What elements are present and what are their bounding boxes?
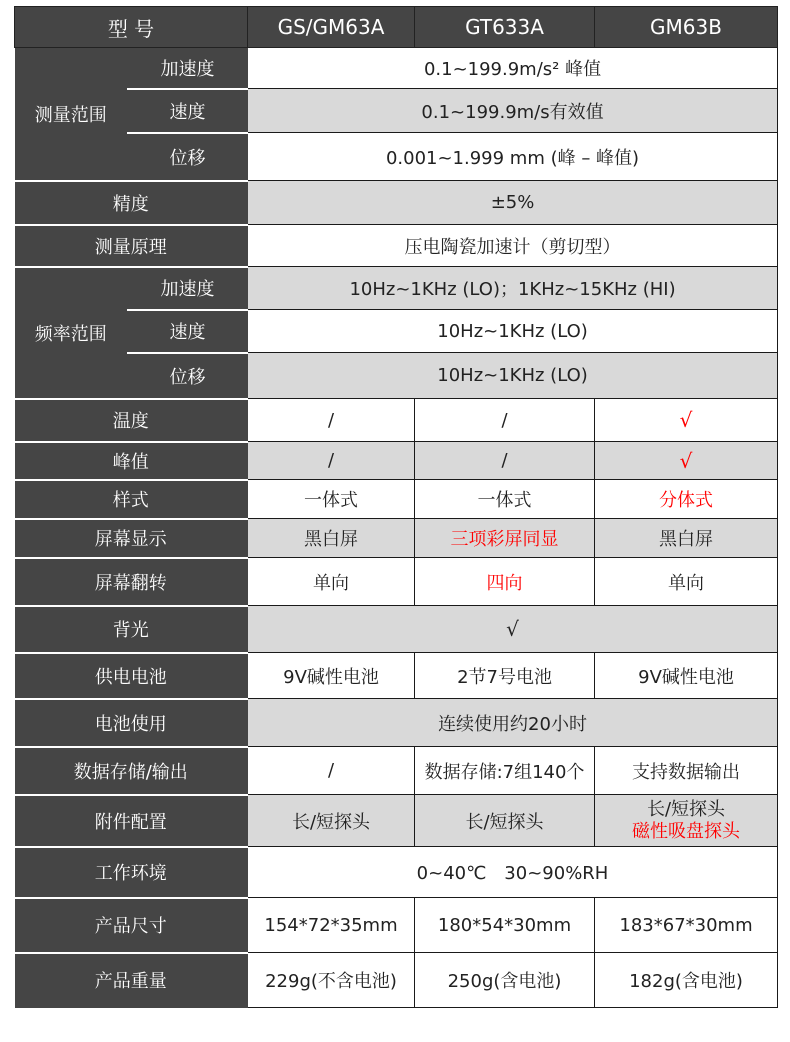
size-label: 产品尺寸	[15, 898, 248, 953]
display-gm63b: 黑白屏	[595, 519, 778, 558]
rotation-gsgm63a: 单向	[248, 558, 415, 606]
weight-gm63b: 182g(含电池)	[595, 953, 778, 1008]
accessories-gt633a: 长/短探头	[415, 795, 595, 847]
battery-gt633a: 2节7号电池	[415, 653, 595, 699]
temperature-gt633a: /	[415, 399, 595, 442]
principle-value: 压电陶瓷加速计（剪切型）	[248, 225, 778, 267]
weight-gsgm63a: 229g(不含电池)	[248, 953, 415, 1008]
model-header-gsgm63a: GS/GM63A	[248, 7, 415, 48]
table-row: 背光 √	[15, 606, 778, 653]
freq-range-accel-value: 10Hz~1KHz (LO)；1KHz~15KHz (HI)	[248, 267, 778, 310]
table-row: 供电电池 9V碱性电池 2节7号电池 9V碱性电池	[15, 653, 778, 699]
table-row: 测量原理 压电陶瓷加速计（剪切型）	[15, 225, 778, 267]
freq-range-velocity-value: 10Hz~1KHz (LO)	[248, 310, 778, 353]
model-header-label: 型 号	[15, 7, 248, 48]
table-row: 屏幕翻转 单向 四向 单向	[15, 558, 778, 606]
measure-range-accel-label: 加速度	[128, 48, 248, 89]
environment-value: 0~40℃ 30~90%RH	[248, 847, 778, 898]
weight-label: 产品重量	[15, 953, 248, 1008]
style-label: 样式	[15, 480, 248, 519]
table-row: 测量范围 加速度 0.1~199.9m/s² 峰值	[15, 48, 778, 89]
rotation-label: 屏幕翻转	[15, 558, 248, 606]
accessories-gm63b-probe: 长/短探头	[595, 799, 777, 821]
table-row: 工作环境 0~40℃ 30~90%RH	[15, 847, 778, 898]
accessories-gm63b-magnetic-probe: 磁性吸盘探头	[595, 821, 777, 843]
table-row: 速度 0.1~199.9m/s有效值	[15, 89, 778, 133]
style-gt633a: 一体式	[415, 480, 595, 519]
table-row: 样式 一体式 一体式 分体式	[15, 480, 778, 519]
peak-gsgm63a: /	[248, 442, 415, 480]
temperature-gm63b-check-icon: √	[595, 399, 778, 442]
freq-range-displacement-label: 位移	[128, 353, 248, 399]
data-storage-gm63b: 支持数据输出	[595, 747, 778, 795]
table-row: 数据存储/输出 / 数据存储:7组140个 支持数据输出	[15, 747, 778, 795]
display-gsgm63a: 黑白屏	[248, 519, 415, 558]
table-row: 频率范围 加速度 10Hz~1KHz (LO)；1KHz~15KHz (HI)	[15, 267, 778, 310]
principle-label: 测量原理	[15, 225, 248, 267]
accessories-gm63b: 长/短探头 磁性吸盘探头	[595, 795, 778, 847]
battery-life-label: 电池使用	[15, 699, 248, 747]
peak-gm63b-check-icon: √	[595, 442, 778, 480]
table-row: 附件配置 长/短探头 长/短探头 长/短探头 磁性吸盘探头	[15, 795, 778, 847]
table-row: 位移 10Hz~1KHz (LO)	[15, 353, 778, 399]
spec-comparison-table: 型 号 GS/GM63A GT633A GM63B 测量范围 加速度 0.1~1…	[14, 6, 778, 1008]
environment-label: 工作环境	[15, 847, 248, 898]
model-header-gm63b: GM63B	[595, 7, 778, 48]
table-row: 速度 10Hz~1KHz (LO)	[15, 310, 778, 353]
style-gm63b: 分体式	[595, 480, 778, 519]
display-label: 屏幕显示	[15, 519, 248, 558]
data-storage-label: 数据存储/输出	[15, 747, 248, 795]
table-row: 电池使用 连续使用约20小时	[15, 699, 778, 747]
table-row: 温度 / / √	[15, 399, 778, 442]
table-row: 屏幕显示 黑白屏 三项彩屏同显 黑白屏	[15, 519, 778, 558]
table-row: 精度 ±5%	[15, 181, 778, 225]
measure-range-label: 测量范围	[15, 48, 128, 181]
accessories-gsgm63a: 长/短探头	[248, 795, 415, 847]
rotation-gm63b: 单向	[595, 558, 778, 606]
data-storage-gsgm63a: /	[248, 747, 415, 795]
style-gsgm63a: 一体式	[248, 480, 415, 519]
accuracy-label: 精度	[15, 181, 248, 225]
size-gm63b: 183*67*30mm	[595, 898, 778, 953]
measure-range-velocity-value: 0.1~199.9m/s有效值	[248, 89, 778, 133]
freq-range-velocity-label: 速度	[128, 310, 248, 353]
battery-life-value: 连续使用约20小时	[248, 699, 778, 747]
header-row: 型 号 GS/GM63A GT633A GM63B	[15, 7, 778, 48]
measure-range-velocity-label: 速度	[128, 89, 248, 133]
measure-range-accel-value: 0.1~199.9m/s² 峰值	[248, 48, 778, 89]
freq-range-displacement-value: 10Hz~1KHz (LO)	[248, 353, 778, 399]
backlight-check-icon: √	[248, 606, 778, 653]
model-header-gt633a: GT633A	[415, 7, 595, 48]
table-row: 产品尺寸 154*72*35mm 180*54*30mm 183*67*30mm	[15, 898, 778, 953]
peak-gt633a: /	[415, 442, 595, 480]
battery-label: 供电电池	[15, 653, 248, 699]
accuracy-value: ±5%	[248, 181, 778, 225]
table-row: 峰值 / / √	[15, 442, 778, 480]
temperature-label: 温度	[15, 399, 248, 442]
battery-gsgm63a: 9V碱性电池	[248, 653, 415, 699]
peak-label: 峰值	[15, 442, 248, 480]
temperature-gsgm63a: /	[248, 399, 415, 442]
table-row: 产品重量 229g(不含电池) 250g(含电池) 182g(含电池)	[15, 953, 778, 1008]
rotation-gt633a: 四向	[415, 558, 595, 606]
freq-range-label: 频率范围	[15, 267, 128, 399]
weight-gt633a: 250g(含电池)	[415, 953, 595, 1008]
freq-range-accel-label: 加速度	[128, 267, 248, 310]
size-gsgm63a: 154*72*35mm	[248, 898, 415, 953]
backlight-label: 背光	[15, 606, 248, 653]
measure-range-displacement-value: 0.001~1.999 mm (峰 – 峰值)	[248, 133, 778, 181]
display-gt633a: 三项彩屏同显	[415, 519, 595, 558]
data-storage-gt633a: 数据存储:7组140个	[415, 747, 595, 795]
battery-gm63b: 9V碱性电池	[595, 653, 778, 699]
size-gt633a: 180*54*30mm	[415, 898, 595, 953]
accessories-label: 附件配置	[15, 795, 248, 847]
table-row: 位移 0.001~1.999 mm (峰 – 峰值)	[15, 133, 778, 181]
measure-range-displacement-label: 位移	[128, 133, 248, 181]
